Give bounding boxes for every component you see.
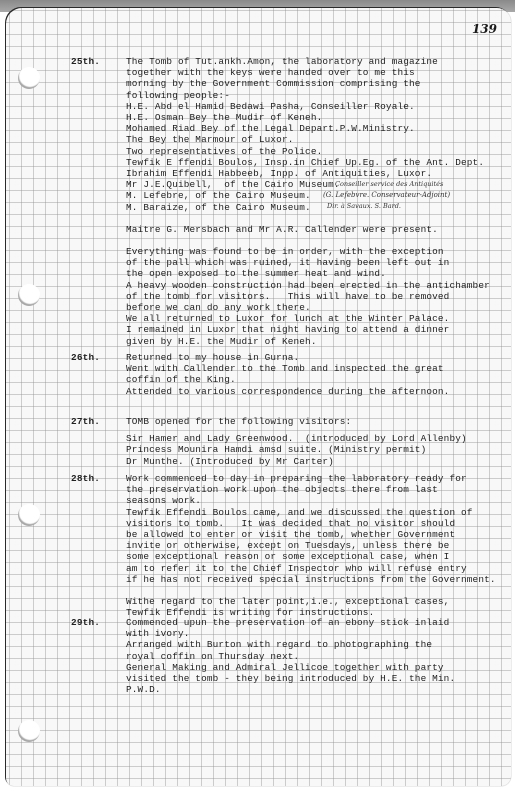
text-line: Tewfik E ffendi Boulos, Insp.in Chief Up…: [126, 157, 511, 168]
text-line: am to refer it to the Chief Inspector wh…: [126, 563, 511, 574]
entry-date: 25th.: [71, 56, 121, 67]
text-line: seasons work.: [126, 495, 511, 506]
text-line: Mohamed Riad Bey of the Legal Depart.P.W…: [126, 123, 511, 134]
text-line: before we can do any work there.: [126, 302, 511, 313]
text-line: given by H.E. the Mudir of Keneh.: [126, 336, 511, 347]
text-line: TOMB opened for the following visitors:: [126, 416, 511, 427]
text-line: coffin of the King.: [126, 374, 511, 385]
text-line: Princess Mounira Hamdi amsd suite. (Mini…: [126, 444, 511, 455]
handwritten-annotation: Dir. à Savaux. S. Bard.: [327, 202, 401, 210]
entry-date: 27th.: [71, 416, 121, 427]
entry-body: Returned to my house in Gurna.Went with …: [126, 352, 511, 397]
text-line: Returned to my house in Gurna.: [126, 352, 511, 363]
text-line: The Bey the Marmour of Luxor.: [126, 134, 511, 145]
text-line: H.E. Abd el Hamid Bedawi Pasha, Conseill…: [126, 101, 511, 112]
text-line: Arranged with Burton with regard to phot…: [126, 639, 511, 650]
entry-body: Commenced upun the preservation of an eb…: [126, 617, 511, 695]
text-line: if he has not received special instructi…: [126, 574, 511, 585]
page-number: 139: [472, 22, 497, 36]
text-line: M. Baraize, of the Cairo Museum.: [126, 202, 511, 213]
text-line: Withe regard to the later point,i.e., ex…: [126, 596, 511, 607]
text-line: Everything was found to be in order, wit…: [126, 246, 511, 257]
text-line: together with the keys were handed over …: [126, 67, 511, 78]
entry-body: The Tomb of Tut.ankh.Amon, the laborator…: [126, 56, 511, 347]
text-line: Maitre G. Mersbach and Mr A.R. Callender…: [126, 224, 511, 235]
entry-date: 26th.: [71, 352, 121, 363]
text-line: Dr Munthe. (Introduced by Mr Carter): [126, 456, 511, 467]
text-line: visitors to tomb. It was decided that no…: [126, 518, 511, 529]
punch-hole: [18, 504, 40, 526]
text-line: the preservation work upon the objects t…: [126, 484, 511, 495]
handwritten-annotation: Conseiller service des Antiquités: [335, 180, 443, 188]
text-line: Work commenced to day in preparing the l…: [126, 473, 511, 484]
handwritten-annotation: (G. Lefebvre. Conservateur-Adjoint): [323, 191, 450, 199]
punch-hole: [18, 67, 40, 89]
text-line: be allowed to enter or visit the tomb, w…: [126, 529, 511, 540]
text-line: Went with Callender to the Tomb and insp…: [126, 363, 511, 374]
text-line: We all returned to Luxor for lunch at th…: [126, 313, 511, 324]
text-line: The Tomb of Tut.ankh.Amon, the laborator…: [126, 56, 511, 67]
text-line: Ibrahim Effendi Habbeeb, Inpp. of Antiqu…: [126, 168, 511, 179]
text-line: General Making and Admiral Jellicoe toge…: [126, 662, 511, 673]
entry-date: 29th.: [71, 617, 121, 628]
diary-page: 139 25th. The Tomb of Tut.ankh.Amon, the…: [6, 8, 511, 786]
text-line: P.W.D.: [126, 684, 511, 695]
text-line: M. Lefebre, of the Cairo Museum.: [126, 190, 511, 201]
punch-hole: [18, 284, 40, 306]
punch-hole: [18, 720, 40, 742]
text-line: the open exposed to the summer heat and …: [126, 268, 511, 279]
text-line: following people:-: [126, 90, 511, 101]
entry-date: 28th.: [71, 473, 121, 484]
text-line: Sir Hamer and Lady Greenwood. (introduce…: [126, 433, 511, 444]
text-line: morning by the Government Commission com…: [126, 78, 511, 89]
entry-body: TOMB opened for the following visitors: …: [126, 416, 511, 467]
text-line: I remained in Luxor that night having to…: [126, 324, 511, 335]
text-line: with ivory.: [126, 628, 511, 639]
text-line: Two representatives of the Police.: [126, 146, 511, 157]
text-line: Attended to various correspondence durin…: [126, 386, 511, 397]
text-line: of the pall which was ruined, it having …: [126, 257, 511, 268]
entry-body: Work commenced to day in preparing the l…: [126, 473, 511, 618]
text-line: Tewfik Effendi Boulos came, and we discu…: [126, 507, 511, 518]
text-line: A heavy wooden construction had been ere…: [126, 280, 511, 291]
text-line: Commenced upun the preservation of an eb…: [126, 617, 511, 628]
text-line: invite or otherwise, except on Tuesdays,…: [126, 540, 511, 551]
text-line: some exceptional reason or some exceptio…: [126, 551, 511, 562]
text-line: Mr J.E.Quibell, of the Cairo Museum.: [126, 179, 511, 190]
text-line: royal coffin on Thursday next.: [126, 651, 511, 662]
text-line: H.E. Osman Bey the Mudir of Keneh.: [126, 112, 511, 123]
text-line: visited the tomb - they being introduced…: [126, 673, 511, 684]
text-line: of the tomb for visitors. This will have…: [126, 291, 511, 302]
